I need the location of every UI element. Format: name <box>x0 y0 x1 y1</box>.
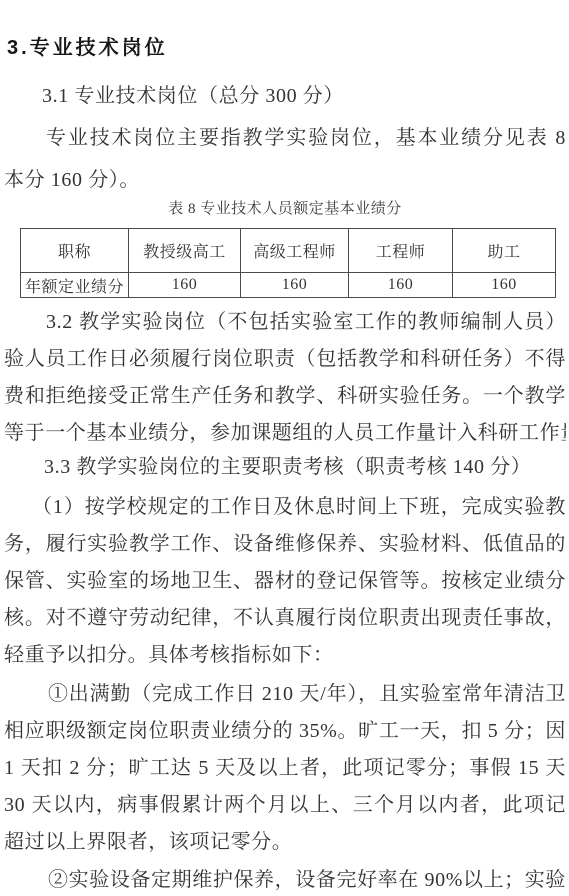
header-cell-senior-engineer: 高级工程师 <box>241 229 349 273</box>
paragraph-line: 轻重予以扣分。具体考核指标如下： <box>4 637 566 674</box>
row-label-annual-score: 年额定业绩分 <box>21 273 129 298</box>
value-cell: 160 <box>241 273 349 298</box>
value-cell: 160 <box>129 273 241 298</box>
section-3-1-title: 3.1 专业技术岗位（总分 300 分） <box>4 82 569 110</box>
paragraph-line: 专业技术岗位主要指教学实验岗位，基本业绩分见表 8（额定基 <box>4 117 566 159</box>
paragraph-line: 相应职级额定岗位职责业绩分的 35%。旷工一天，扣 5 分；因私请假 <box>4 713 566 750</box>
paragraph-line: 1 天扣 2 分；旷工达 5 天及以上者，此项记零分；事假 15 天以上、 <box>4 750 566 787</box>
header-cell-prof-senior-engineer: 教授级高工 <box>129 229 241 273</box>
header-cell-title: 职称 <box>21 229 129 273</box>
value-cell: 160 <box>349 273 453 298</box>
doc-heading: 3.专业技术岗位 <box>7 36 569 60</box>
paragraph-line: 验人员工作日必须履行岗位职责（包括教学和科研任务）不得变相收 <box>4 341 566 378</box>
paragraph-line: 本分 160 分）。 <box>4 159 566 201</box>
paragraph-line: 3.2 教学实验岗位（不包括实验室工作的教师编制人员）教学实 <box>4 304 566 341</box>
table-8-caption: 表 8 专业技术人员额定基本业绩分 <box>4 198 566 220</box>
item-1-paragraph: （1）按学校规定的工作日及休息时间上下班，完成实验教学任 务，履行实验教学工作、… <box>4 489 566 674</box>
header-cell-assistant-engineer: 助工 <box>453 229 556 273</box>
paragraph-line: ②实验设备定期维护保养，设备完好率在 90%以上；实验环境（门 <box>4 862 566 896</box>
paragraph-line: 等于一个基本业绩分，参加课题组的人员工作量计入科研工作量。 <box>4 415 566 452</box>
paragraph-line: 30 天以内，病事假累计两个月以上、三个月以内者，此项记 50%分； <box>4 787 566 824</box>
table-header-row: 职称 教授级高工 高级工程师 工程师 助工 <box>21 229 556 273</box>
paragraph-line: 超过以上界限者，该项记零分。 <box>4 824 566 861</box>
table-8-base-score: 职称 教授级高工 高级工程师 工程师 助工 年额定业绩分 160 160 160… <box>20 228 556 298</box>
item-circled-1-paragraph: ①出满勤（完成工作日 210 天/年），且实验室常年清洁卫生，记 相应职级额定岗… <box>4 676 566 861</box>
paragraph-line: ①出满勤（完成工作日 210 天/年），且实验室常年清洁卫生，记 <box>4 676 566 713</box>
value-cell: 160 <box>453 273 556 298</box>
table-value-row: 年额定业绩分 160 160 160 160 <box>21 273 556 298</box>
header-cell-engineer: 工程师 <box>349 229 453 273</box>
section-3-2-paragraph: 3.2 教学实验岗位（不包括实验室工作的教师编制人员）教学实 验人员工作日必须履… <box>4 304 566 452</box>
item-circled-2-paragraph: ②实验设备定期维护保养，设备完好率在 90%以上；实验环境（门 <box>4 862 566 896</box>
section-3-1-paragraph: 专业技术岗位主要指教学实验岗位，基本业绩分见表 8（额定基 本分 160 分）。 <box>4 117 566 201</box>
paragraph-line: 保管、实验室的场地卫生、器材的登记保管等。按核定业绩分进行考 <box>4 563 566 600</box>
paragraph-line: 核。对不遵守劳动纪律，不认真履行岗位职责出现责任事故，视情节 <box>4 600 566 637</box>
paragraph-line: 务，履行实验教学工作、设备维修保养、实验材料、低值品的采购、 <box>4 526 566 563</box>
section-3-3-title: 3.3 教学实验岗位的主要职责考核（职责考核 140 分） <box>4 453 569 481</box>
paragraph-line: 费和拒绝接受正常生产任务和教学、科研实验任务。一个教学工作量 <box>4 378 566 415</box>
paragraph-line: （1）按学校规定的工作日及休息时间上下班，完成实验教学任 <box>4 489 566 526</box>
